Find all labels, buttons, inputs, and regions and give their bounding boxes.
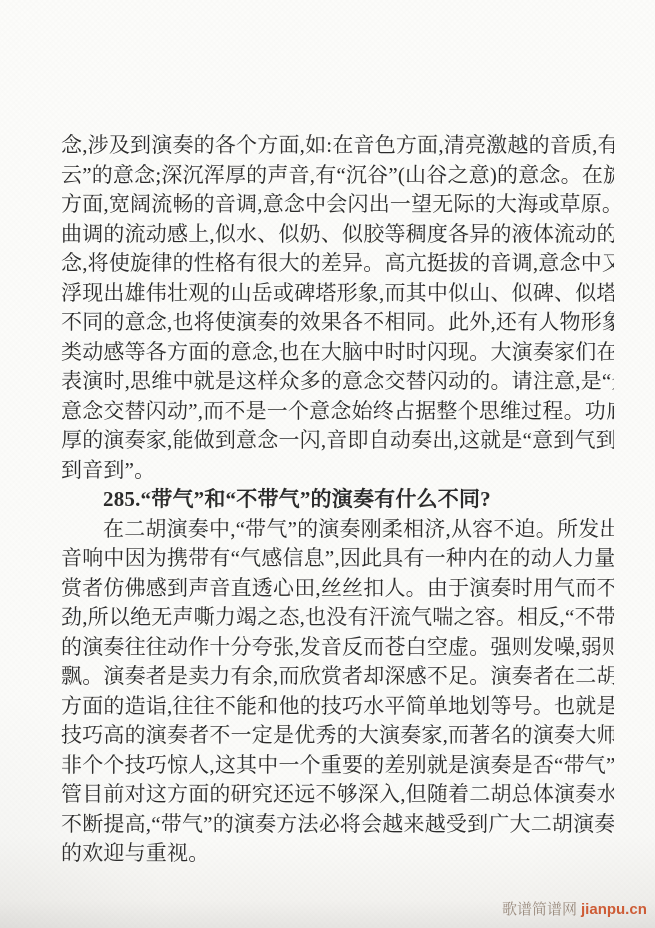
body-text-line: 到音到”。 [61, 456, 614, 486]
body-text-line: 音响中因为携带有“气感信息”,因此具有一种内在的动人力量,使欣 [61, 544, 614, 574]
watermark-site-name: 歌谱简谱网 [502, 902, 577, 918]
body-text-line: 赏者仿佛感到声音直透心田,丝丝扣人。由于演奏时用气而不用 [61, 574, 614, 604]
page-text-block: 念,涉及到演奏的各个方面,如:在音色方面,清亮激越的音质,有“入 云”的意念;深… [61, 131, 614, 869]
body-text-line: 管目前对这方面的研究还远不够深入,但随着二胡总体演奏水平的 [61, 780, 614, 810]
body-text-line: 不同的意念,也将使演奏的效果各不相同。此外,还有人物形象感、 [61, 308, 614, 338]
body-text-line: 的欢迎与重视。 [61, 839, 614, 869]
body-text-line: 的演奏往往动作十分夸张,发音反而苍白空虚。强则发噪,弱则发 [61, 633, 614, 663]
body-text-line: 非个个技巧惊人,这其中一个重要的差别就是演奏是否“带气”。尽 [61, 751, 614, 781]
watermark-site-url: jianpu.cn [581, 901, 647, 918]
body-text-line: 类动感等各方面的意念,也在大脑中时时闪现。大演奏家们在舞台 [61, 338, 614, 368]
site-watermark: 歌谱简谱网jianpu.cn [502, 900, 647, 920]
question-heading: 285.“带气”和“不带气”的演奏有什么不同? [61, 485, 614, 515]
body-text-line: 云”的意念;深沉浑厚的声音,有“沉谷”(山谷之意)的意念。在旋律 [61, 161, 614, 191]
body-text-line: 劲,所以绝无声嘶力竭之态,也没有汗流气喘之容。相反,“不带气” [61, 603, 614, 633]
body-text-line: 方面的造诣,往往不能和他的技巧水平简单地划等号。也就是说, [61, 692, 614, 722]
body-text-line: 念,涉及到演奏的各个方面,如:在音色方面,清亮激越的音质,有“入 [61, 131, 614, 161]
body-text-line: 浮现出雄伟壮观的山岳或碑塔形象,而其中似山、似碑、似塔等形制 [61, 279, 614, 309]
body-text-line: 在二胡演奏中,“带气”的演奏刚柔相济,从容不迫。所发出的 [61, 515, 614, 545]
body-text-line: 表演时,思维中就是这样众多的意念交替闪动的。请注意,是“众多 [61, 367, 614, 397]
body-text-line: 不断提高,“带气”的演奏方法必将会越来越受到广大二胡演奏者们 [61, 810, 614, 840]
body-text-line: 技巧高的演奏者不一定是优秀的大演奏家,而著名的演奏大师也并 [61, 721, 614, 751]
body-text-line: 意念交替闪动”,而不是一个意念始终占据整个思维过程。功底深 [61, 397, 614, 427]
scanned-page: 念,涉及到演奏的各个方面,如:在音色方面,清亮激越的音质,有“入 云”的意念;深… [0, 0, 655, 928]
body-text-line: 念,将使旋律的性格有很大的差异。高亢挺拔的音调,意念中又会 [61, 249, 614, 279]
body-text-line: 飘。演奏者是卖力有余,而欣赏者却深感不足。演奏者在二胡演奏 [61, 662, 614, 692]
body-text-line: 曲调的流动感上,似水、似奶、似胶等稠度各异的液体流动的不同意 [61, 220, 614, 250]
body-text-line: 厚的演奏家,能做到意念一闪,音即自动奏出,这就是“意到气到,气 [61, 426, 614, 456]
body-text-line: 方面,宽阔流畅的音调,意念中会闪出一望无际的大海或草原。在 [61, 190, 614, 220]
